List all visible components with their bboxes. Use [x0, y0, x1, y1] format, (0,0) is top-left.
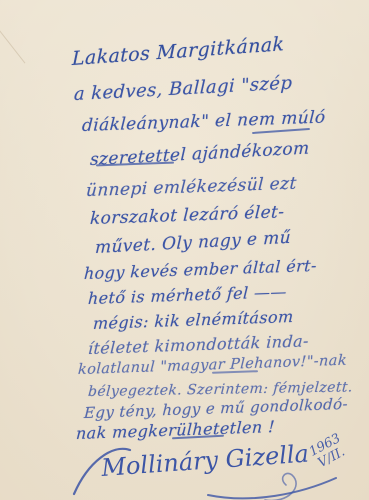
ink-strikethrough-mark [212, 370, 258, 374]
handwritten-line: hető is mérhető fel —— [88, 282, 288, 308]
signature: Mollináry Gizella [60, 428, 360, 500]
paper-crease [0, 0, 25, 64]
handwritten-line: művet. Oly nagy e mű [95, 228, 292, 258]
handwritten-line: Lakatos Margitkának [72, 33, 285, 70]
signature-flourish: Mollináry Gizella [60, 428, 360, 500]
handwritten-line: a kedves, Ballagi "szép [74, 73, 293, 106]
handwritten-line: ítéletet kimondották inda- [88, 331, 310, 358]
handwritten-line: korszakot lezáró élet- [89, 202, 284, 229]
handwritten-line: ünnepi emlékezésül ezt [85, 174, 297, 201]
signature-text: Mollináry Gizella [99, 440, 309, 483]
handwritten-line: mégis: kik elnémításom [93, 307, 295, 333]
dedication-page: Lakatos Margitkának a kedves, Ballagi "s… [0, 0, 369, 500]
handwritten-line: hogy kevés ember által ért- [84, 256, 318, 283]
handwritten-line: diákleánynak" el nem múló [81, 107, 326, 136]
